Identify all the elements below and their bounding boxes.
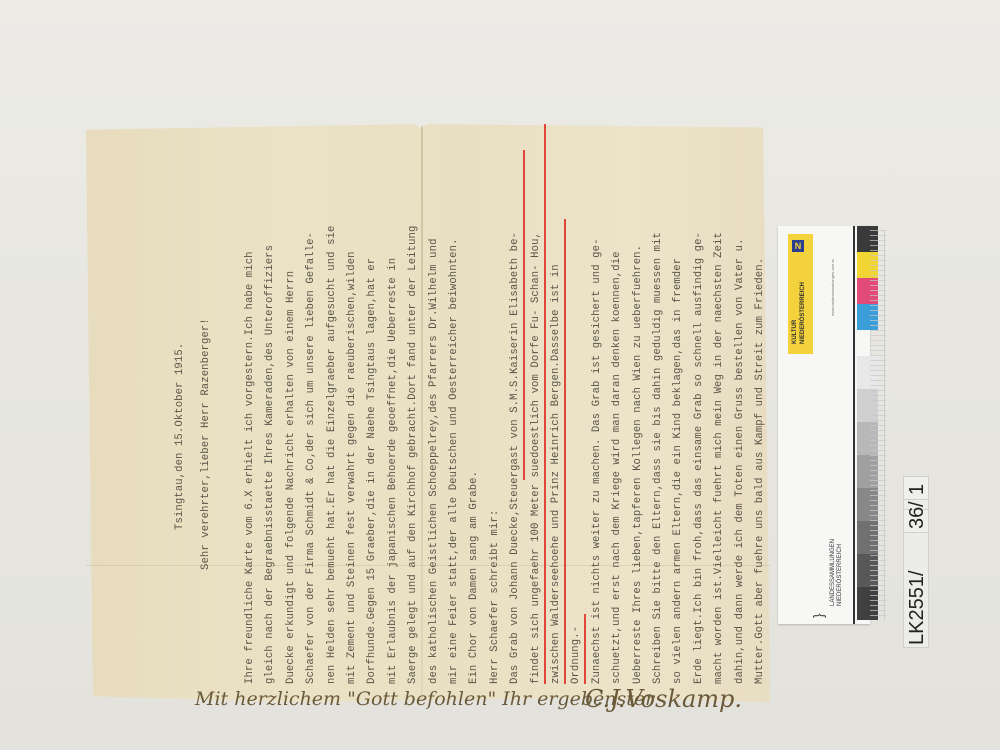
letter-line: Saerge gelegt und auf den Kirchhof gebra… xyxy=(407,226,419,684)
red-pencil-underline xyxy=(584,614,586,684)
letter-line: macht worden ist.Vielleicht fuehrt mich … xyxy=(713,232,725,684)
letter-body: Tsingtau,den 15.Oktober 1915. Sehr vereh… xyxy=(140,130,760,690)
letter-line: dahin,und dann werde ich dem Toten einen… xyxy=(734,238,746,684)
letter-line: Ordnung.- xyxy=(570,626,582,684)
red-pencil-underline xyxy=(523,150,525,480)
letter-line: zwischen Walderseehoehe und Prinz Heinri… xyxy=(550,264,562,684)
brand-logo-icon: N xyxy=(792,240,804,252)
red-pencil-underline xyxy=(544,124,546,684)
label-prefix: LK2551/ xyxy=(906,570,929,645)
letter-line: mit Zement und Steinen fest verwahrt geg… xyxy=(346,251,358,684)
salutation: Sehr verehrter,lieber Herr Razenberger! xyxy=(200,318,212,570)
letter-line: Ueberreste Ihres lieben,tapferen Kollege… xyxy=(632,245,644,684)
letter-line: Mutter.Gott aber fuehre uns bald aus Kam… xyxy=(754,258,766,684)
ruler-edge xyxy=(884,230,885,620)
letter-line: findet sich ungefaehr 100 Meter suedoest… xyxy=(530,232,542,684)
letter-line: mir eine Feier statt,der alle Deutschen … xyxy=(448,238,460,684)
letter-line: gleich nach der Begraebnisstaette Ihres … xyxy=(264,245,276,684)
website-text: www.landessammlungen-noe.at xyxy=(830,259,835,316)
brand-line2: NIEDERÖSTERREICH xyxy=(800,282,807,344)
letter-line: so vielen andern armen Eltern,die ein Ki… xyxy=(672,258,684,684)
inventory-label: LK2551/ 36 / 1 xyxy=(903,476,929,648)
letter-line: Schaefer von der Firma Schmidt & Co,der … xyxy=(305,232,317,684)
letter-line: mit Erlaubnis der japanischen Behoerde g… xyxy=(387,258,399,684)
letter-line: Das Grab von Johann Duecke,Steuergast vo… xyxy=(509,232,521,684)
label-item: 1 xyxy=(906,484,929,495)
institution-line1: LANDESSAMMLUNGEN xyxy=(830,539,836,606)
letter-line: Zunaechst ist nichts weiter zu machen. D… xyxy=(591,238,603,684)
label-number: 36 xyxy=(906,507,929,529)
letter-line: des katholischen Geistlichen Schoeppelre… xyxy=(428,238,440,684)
card-divider xyxy=(853,226,855,624)
letter-line: Herr Schaefer schreibt mir: xyxy=(489,510,501,684)
letter-line: Ihre freundliche Karte vom 6.X erhielt i… xyxy=(244,251,256,684)
label-slash: / xyxy=(906,501,929,507)
brand-line1: KULTUR xyxy=(792,320,799,344)
red-pencil-underline xyxy=(564,219,566,684)
handwritten-signature: C.J.Voskamp. xyxy=(585,685,742,713)
letter-line: Schreiben Sie bitte den Eltern,dass sie … xyxy=(652,232,664,684)
letter-line: nen Helden sehr bemueht hat.Er hat die E… xyxy=(326,226,338,684)
letter-line: Dorfhunde.Gegen 15 Graeber,die in der Na… xyxy=(366,258,378,684)
letter-line: Duecke erkundigt und folgende Nachricht … xyxy=(285,271,297,684)
letter-line: schuetzt,und erst nach dem Kriege wird m… xyxy=(611,251,623,684)
letter-line: Erde liegt.Ich bin froh,dass das einsame… xyxy=(693,232,705,684)
color-calibration-card: N KULTUR NIEDERÖSTERREICH www.landessamm… xyxy=(778,226,870,624)
letter-line: Ein Chor von Damen sang am Grabe. xyxy=(468,471,480,684)
brace-icon: } xyxy=(810,613,826,618)
place-date: Tsingtau,den 15.Oktober 1915. xyxy=(174,343,186,530)
institution-line2: NIEDERÖSTERREICH xyxy=(837,544,843,606)
